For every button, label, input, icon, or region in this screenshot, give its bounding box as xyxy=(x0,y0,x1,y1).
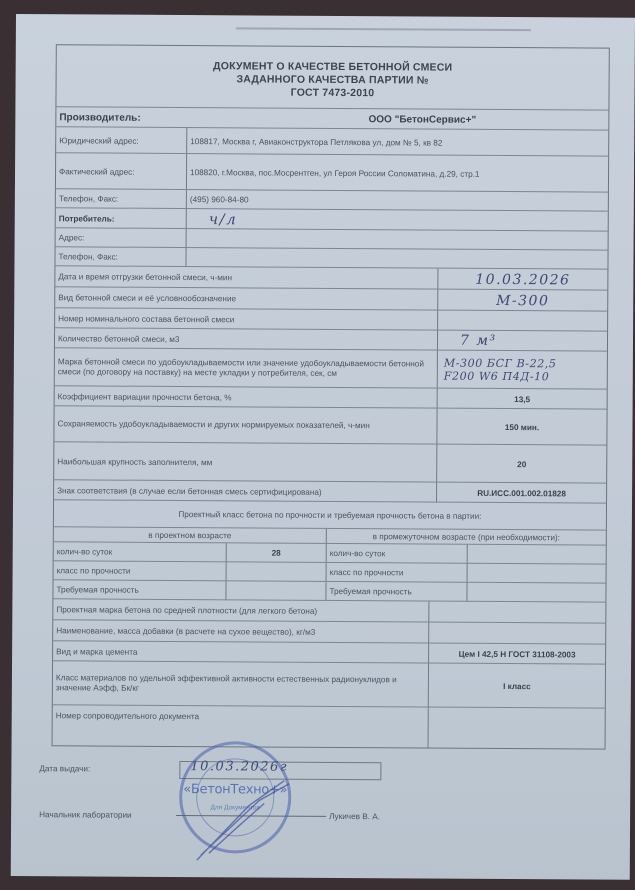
conformity-mark-value: RU.ИСС.001.002.01828 xyxy=(437,483,606,504)
divider xyxy=(186,209,187,229)
strength-label: Требуемая прочность xyxy=(53,580,225,600)
legal-address-value: 108817, Москва г, Авиаконструктора Петля… xyxy=(187,128,608,157)
strength-label: колич-во суток xyxy=(327,544,467,564)
extra-label: Класс материалов по удельной эффективной… xyxy=(53,661,428,707)
param-label: Сохраняемость удобоукладываемости и друг… xyxy=(54,406,436,444)
cement-grade-value: Цем I 42,5 Н ГОСТ 31108-2003 xyxy=(429,644,605,665)
composition-number-value xyxy=(438,311,607,332)
document-sheet: ДОКУМЕНТ О КАЧЕСТВЕ БЕТОННОЙ СМЕСИ ЗАДАН… xyxy=(11,14,635,880)
design-class-value xyxy=(227,562,326,582)
divider xyxy=(437,351,438,389)
extra-row: Класс материалов по удельной эффективной… xyxy=(53,660,605,708)
design-required-strength-value xyxy=(226,581,325,601)
param-row: Марка бетонной смеси по удобоукладываемо… xyxy=(55,347,607,389)
consumer-phone-label: Телефон, Факс: xyxy=(55,247,185,267)
strength-label: класс по прочности xyxy=(54,561,226,581)
additive-value xyxy=(429,623,605,645)
consumer-address-label: Адрес: xyxy=(56,228,186,248)
signature-scribble xyxy=(189,775,310,866)
design-days-value: 28 xyxy=(227,543,326,563)
quantity-value: 7 м³ xyxy=(438,331,607,352)
consumer-label: Потребитель: xyxy=(56,208,186,229)
param-label: Марка бетонной смеси по удобоукладываемо… xyxy=(55,348,437,388)
intermediate-class-value xyxy=(468,564,606,584)
legal-address-label: Юридический адрес: xyxy=(56,127,186,154)
workability-grade-value: М-300 БСГ В-22,5 F200 W6 П4Д-10 xyxy=(441,351,607,390)
strength-label: колич-во суток xyxy=(54,542,226,562)
param-label: Наибольшая крупность заполнителя, мм xyxy=(54,442,436,482)
lab-head-name: Лукичев В. А. xyxy=(329,812,380,821)
mix-type-value: М-300 xyxy=(438,290,607,312)
top-rule xyxy=(236,27,531,31)
actual-address-row: Фактический адрес: 108820, г.Москва, пос… xyxy=(56,152,608,192)
lab-head-label: Начальник лаборатории xyxy=(39,810,132,820)
param-row: Наибольшая крупность заполнителя, мм 20 xyxy=(54,441,606,483)
certificate-table: ДОКУМЕНТ О КАЧЕСТВЕ БЕТОННОЙ СМЕСИ ЗАДАН… xyxy=(52,44,610,749)
variation-coefficient-value: 13,5 xyxy=(438,389,607,410)
strength-label: Требуемая прочность xyxy=(326,582,466,602)
workability-retention-value: 150 мин. xyxy=(437,409,606,446)
actual-address-label: Фактический адрес: xyxy=(56,153,186,190)
extra-row: Номер сопроводительного документа xyxy=(53,704,605,749)
param-row: Сохраняемость удобоукладываемости и друг… xyxy=(54,405,606,445)
workability-line-2: F200 W6 П4Д-10 xyxy=(444,370,550,384)
title-line-3: ГОСТ 7473-2010 xyxy=(56,85,608,101)
producer-label: Производитель: xyxy=(56,107,236,128)
density-grade-value xyxy=(429,602,605,624)
intermediate-days-value xyxy=(468,545,606,565)
accompanying-doc-value xyxy=(429,708,605,750)
producer-phone-label: Телефон, Факс: xyxy=(56,189,186,209)
issue-date-label: Дата выдачи: xyxy=(39,764,90,773)
intermediate-required-strength-value xyxy=(467,583,605,603)
shipment-date-value: 10.03.2026 xyxy=(438,269,607,291)
actual-address-value: 108820, г.Москва, пос.Мосрентген, ул Гер… xyxy=(187,154,608,193)
radionuclide-class-value: I класс xyxy=(429,664,605,709)
workability-line-1: М-300 БСГ В-22,5 xyxy=(444,357,557,371)
max-aggregate-size-value: 20 xyxy=(437,445,606,484)
document-title: ДОКУМЕНТ О КАЧЕСТВЕ БЕТОННОЙ СМЕСИ ЗАДАН… xyxy=(56,59,608,101)
strength-label: класс по прочности xyxy=(327,563,467,583)
